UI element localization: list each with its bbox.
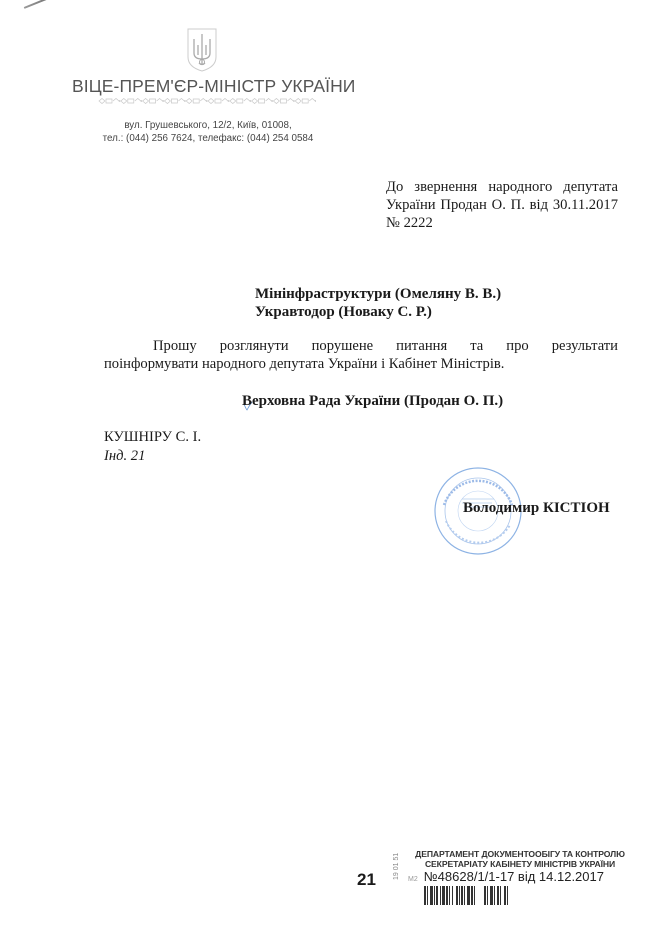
- signatory-name: Володимир КІСТІОН: [463, 500, 610, 517]
- registration-number: №48628/1/1-17 від 14.12.2017: [424, 869, 604, 884]
- reference-block: До звернення народного депутата України …: [386, 178, 618, 232]
- barcode: [424, 886, 634, 905]
- registration-prefix: М2: [408, 876, 418, 884]
- copy-recipient: Верховна Рада України (Продан О. П.): [242, 393, 503, 410]
- body-line: поінформувати народного депутата України…: [104, 355, 618, 373]
- reference-line: До звернення народного депутата: [386, 178, 618, 196]
- pen-mark: [24, 0, 60, 9]
- registration-time: 19 01 51: [393, 853, 400, 880]
- executor-block: КУШНІРУ С. І. Інд. 21: [104, 428, 201, 466]
- executor-name: КУШНІРУ С. І.: [104, 428, 201, 447]
- executor-index: Інд. 21: [104, 447, 201, 466]
- addressee: Мінінфраструктури (Омеляну В. В.): [255, 285, 501, 303]
- page-number: 21: [357, 870, 376, 890]
- reference-line: України Продан О. П. від 30.11.2017: [386, 196, 618, 214]
- letterhead-address: вул. Грушевського, 12/2, Київ, 01008, те…: [80, 119, 336, 145]
- phone-line: тел.: (044) 256 7624, телефакс: (044) 25…: [80, 132, 336, 145]
- reference-number: № 2222: [386, 214, 618, 232]
- addressee: Укравтодор (Новаку С. Р.): [255, 303, 501, 321]
- coat-of-arms-icon: [185, 27, 219, 72]
- body-line: Прошу розглянути порушене питання та про…: [104, 337, 618, 355]
- department-line: СЕКРЕТАРІАТУ КАБІНЕТУ МІНІСТРІВ УКРАЇНИ: [406, 860, 634, 870]
- address-line: вул. Грушевського, 12/2, Київ, 01008,: [80, 119, 336, 132]
- ornament-divider: [98, 98, 316, 104]
- addressees-block: Мінінфраструктури (Омеляну В. В.) Укравт…: [255, 285, 501, 321]
- letterhead-title: ВІЦЕ-ПРЕМ'ЄР-МІНІСТР УКРАЇНИ: [72, 76, 342, 97]
- registration-stamp: ДЕПАРТАМЕНТ ДОКУМЕНТООБІГУ ТА КОНТРОЛЮ С…: [406, 850, 634, 905]
- resolution-text: Прошу розглянути порушене питання та про…: [104, 337, 618, 373]
